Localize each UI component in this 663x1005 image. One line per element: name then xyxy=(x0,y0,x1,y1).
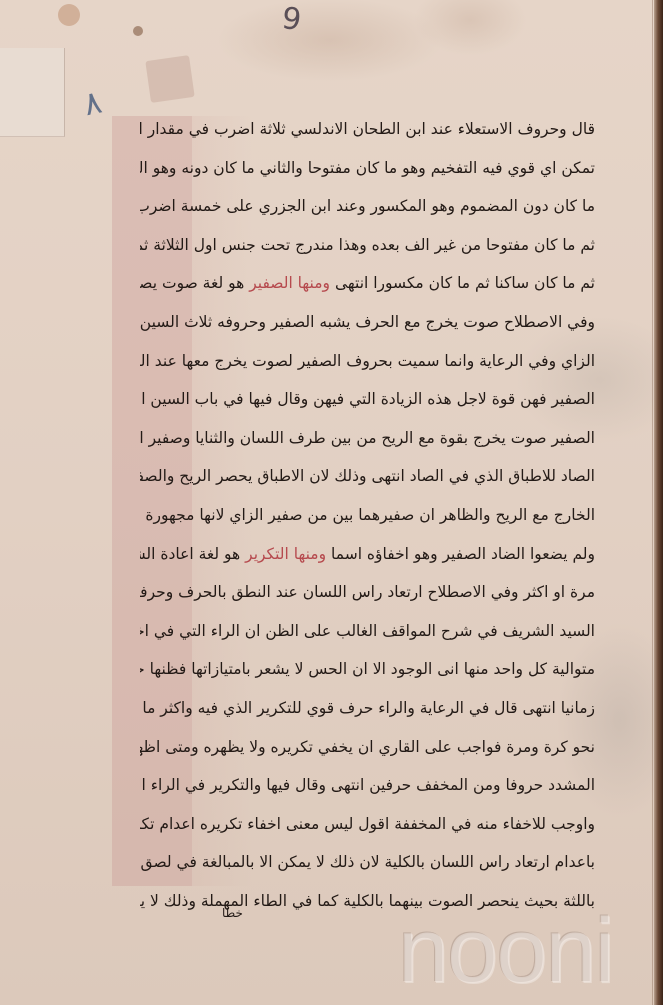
folio-number: 9 xyxy=(280,1,304,38)
manuscript-line: ثم ما كان مفتوحا من غير الف بعده وهذا من… xyxy=(140,226,595,265)
paper-stain-patch xyxy=(145,55,194,103)
line-text: الصفير فهن قوة لاجل هذه الزيادة التي فيه… xyxy=(140,390,595,408)
rubric-heading: ومنها التكرير xyxy=(245,545,326,563)
line-text: وفي الاصطلاح صوت يخرج مع الحرف يشبه الصف… xyxy=(140,313,595,331)
manuscript-line: مرة او اكثر وفي الاصطلاح ارتعاد راس اللس… xyxy=(140,573,595,612)
line-text: قال وحروف الاستعلاء عند ابن الطحان الاند… xyxy=(140,120,595,138)
page-edge-line xyxy=(652,0,653,1005)
manuscript-line: الخارج مع الريح والظاهر ان صفيرهما بين م… xyxy=(140,496,595,535)
catchword: خطا xyxy=(222,906,243,920)
line-text: الصفير صوت يخرج بقوة مع الريح من بين طرف… xyxy=(140,429,595,447)
line-text: هو لغة صوت يصوت به البهائم xyxy=(140,274,249,292)
manuscript-line: باعدام ارتعاد راس اللسان بالكلية لان ذلك… xyxy=(140,843,595,882)
manuscript-text-block: قال وحروف الاستعلاء عند ابن الطحان الاند… xyxy=(140,110,595,920)
line-text: الخارج مع الريح والظاهر ان صفيرهما بين م… xyxy=(140,506,595,524)
manuscript-line: الصفير فهن قوة لاجل هذه الزيادة التي فيه… xyxy=(140,380,595,419)
manuscript-line: الزاي وفي الرعاية وانما سميت بحروف الصفي… xyxy=(140,342,595,381)
pencil-margin-mark: ٨ xyxy=(80,83,105,124)
manuscript-line: ولم يضعوا الضاد الصفير وهو اخفاؤه اسما و… xyxy=(140,535,595,574)
manuscript-line: وفي الاصطلاح صوت يخرج مع الحرف يشبه الصف… xyxy=(140,303,595,342)
line-text: ما كان دون المضموم وهو المكسور وعند ابن … xyxy=(140,197,595,215)
line-text: الصاد للاطباق الذي في الصاد انتهى وذلك ل… xyxy=(140,467,595,485)
manuscript-line: زمانيا انتهى قال في الرعاية والراء حرف ق… xyxy=(140,689,595,728)
nooni-watermark: nooni xyxy=(398,905,613,997)
line-text: ولم يضعوا الضاد الصفير وهو اخفاؤه اسما xyxy=(326,545,595,563)
line-text: باعدام ارتعاد راس اللسان بالكلية لان ذلك… xyxy=(140,853,595,871)
line-text: ثم ما كان مفتوحا من غير الف بعده وهذا من… xyxy=(140,236,595,254)
line-text: الزاي وفي الرعاية وانما سميت بحروف الصفي… xyxy=(140,352,595,370)
manuscript-line: ما كان دون المضموم وهو المكسور وعند ابن … xyxy=(140,187,595,226)
line-text: مرة او اكثر وفي الاصطلاح ارتعاد راس اللس… xyxy=(140,583,595,601)
line-text: نحو كرة ومرة فواجب على القاري ان يخفي تك… xyxy=(140,738,595,756)
manuscript-line: قال وحروف الاستعلاء عند ابن الطحان الاند… xyxy=(140,110,595,149)
binding-spine xyxy=(654,0,663,1005)
manuscript-page: 9 ٨ قال وحروف الاستعلاء عند ابن الطحان ا… xyxy=(0,0,663,1005)
manuscript-line: متوالية كل واحد منها انى الوجود الا ان ا… xyxy=(140,650,595,689)
manuscript-line: تمكن اي قوي فيه التفخيم وهو ما كان مفتوح… xyxy=(140,149,595,188)
line-text: السيد الشريف في شرح المواقف الغالب على ا… xyxy=(140,622,595,640)
ink-spot xyxy=(133,26,143,36)
line-text: تمكن اي قوي فيه التفخيم وهو ما كان مفتوح… xyxy=(140,159,595,177)
manuscript-line: المشدد حروفا ومن المخفف حرفين انتهى وقال… xyxy=(140,766,595,805)
line-text: متوالية كل واحد منها انى الوجود الا ان ا… xyxy=(140,660,595,678)
manuscript-line: نحو كرة ومرة فواجب على القاري ان يخفي تك… xyxy=(140,728,595,767)
paper-repair-patch xyxy=(0,48,65,137)
line-text: زمانيا انتهى قال في الرعاية والراء حرف ق… xyxy=(140,699,595,717)
manuscript-line: السيد الشريف في شرح المواقف الغالب على ا… xyxy=(140,612,595,651)
water-stain xyxy=(58,4,80,26)
line-text: ثم ما كان ساكنا ثم ما كان مكسورا انتهى xyxy=(330,274,595,292)
manuscript-line: ثم ما كان ساكنا ثم ما كان مكسورا انتهى و… xyxy=(140,264,595,303)
manuscript-line: واوجب للاخفاء منه في المخففة اقول ليس مع… xyxy=(140,805,595,844)
line-text: المشدد حروفا ومن المخفف حرفين انتهى وقال… xyxy=(140,776,595,794)
manuscript-line: الصفير صوت يخرج بقوة مع الريح من بين طرف… xyxy=(140,419,595,458)
line-text: واوجب للاخفاء منه في المخففة اقول ليس مع… xyxy=(140,815,595,833)
line-text: هو لغة اعادة الشيء xyxy=(140,545,245,563)
manuscript-line: الصاد للاطباق الذي في الصاد انتهى وذلك ل… xyxy=(140,457,595,496)
rubric-heading: ومنها الصفير xyxy=(249,274,330,292)
